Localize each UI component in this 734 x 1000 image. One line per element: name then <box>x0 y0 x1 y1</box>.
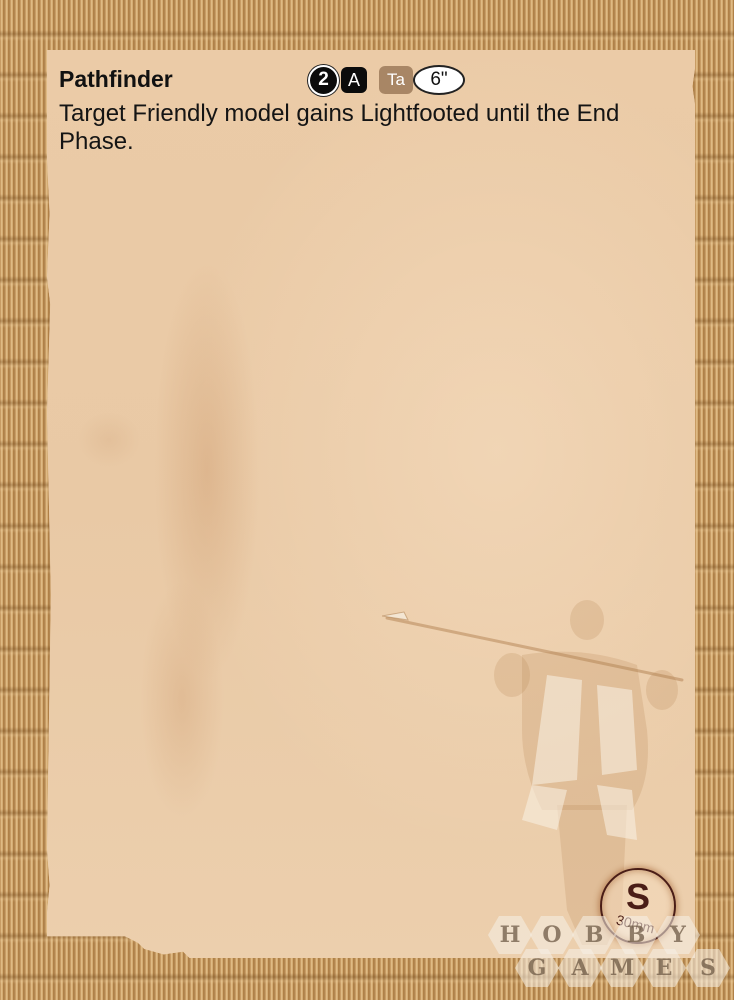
cost-badges: 2 A Ta 6" <box>308 65 465 95</box>
base-size-badge: S 30mm <box>600 868 676 944</box>
card-body-text: Target Friendly model gains Lightfooted … <box>59 100 689 156</box>
target-badge: Ta <box>379 66 413 94</box>
base-letter: S <box>602 876 674 918</box>
range-badge: 6" <box>413 65 465 95</box>
action-type-badge: A <box>341 67 367 93</box>
ability-card: Pathfinder 2 A Ta 6" Target Friendly mod… <box>47 50 695 958</box>
card-title: Pathfinder <box>59 66 173 93</box>
cost-value-badge: 2 <box>310 67 337 94</box>
